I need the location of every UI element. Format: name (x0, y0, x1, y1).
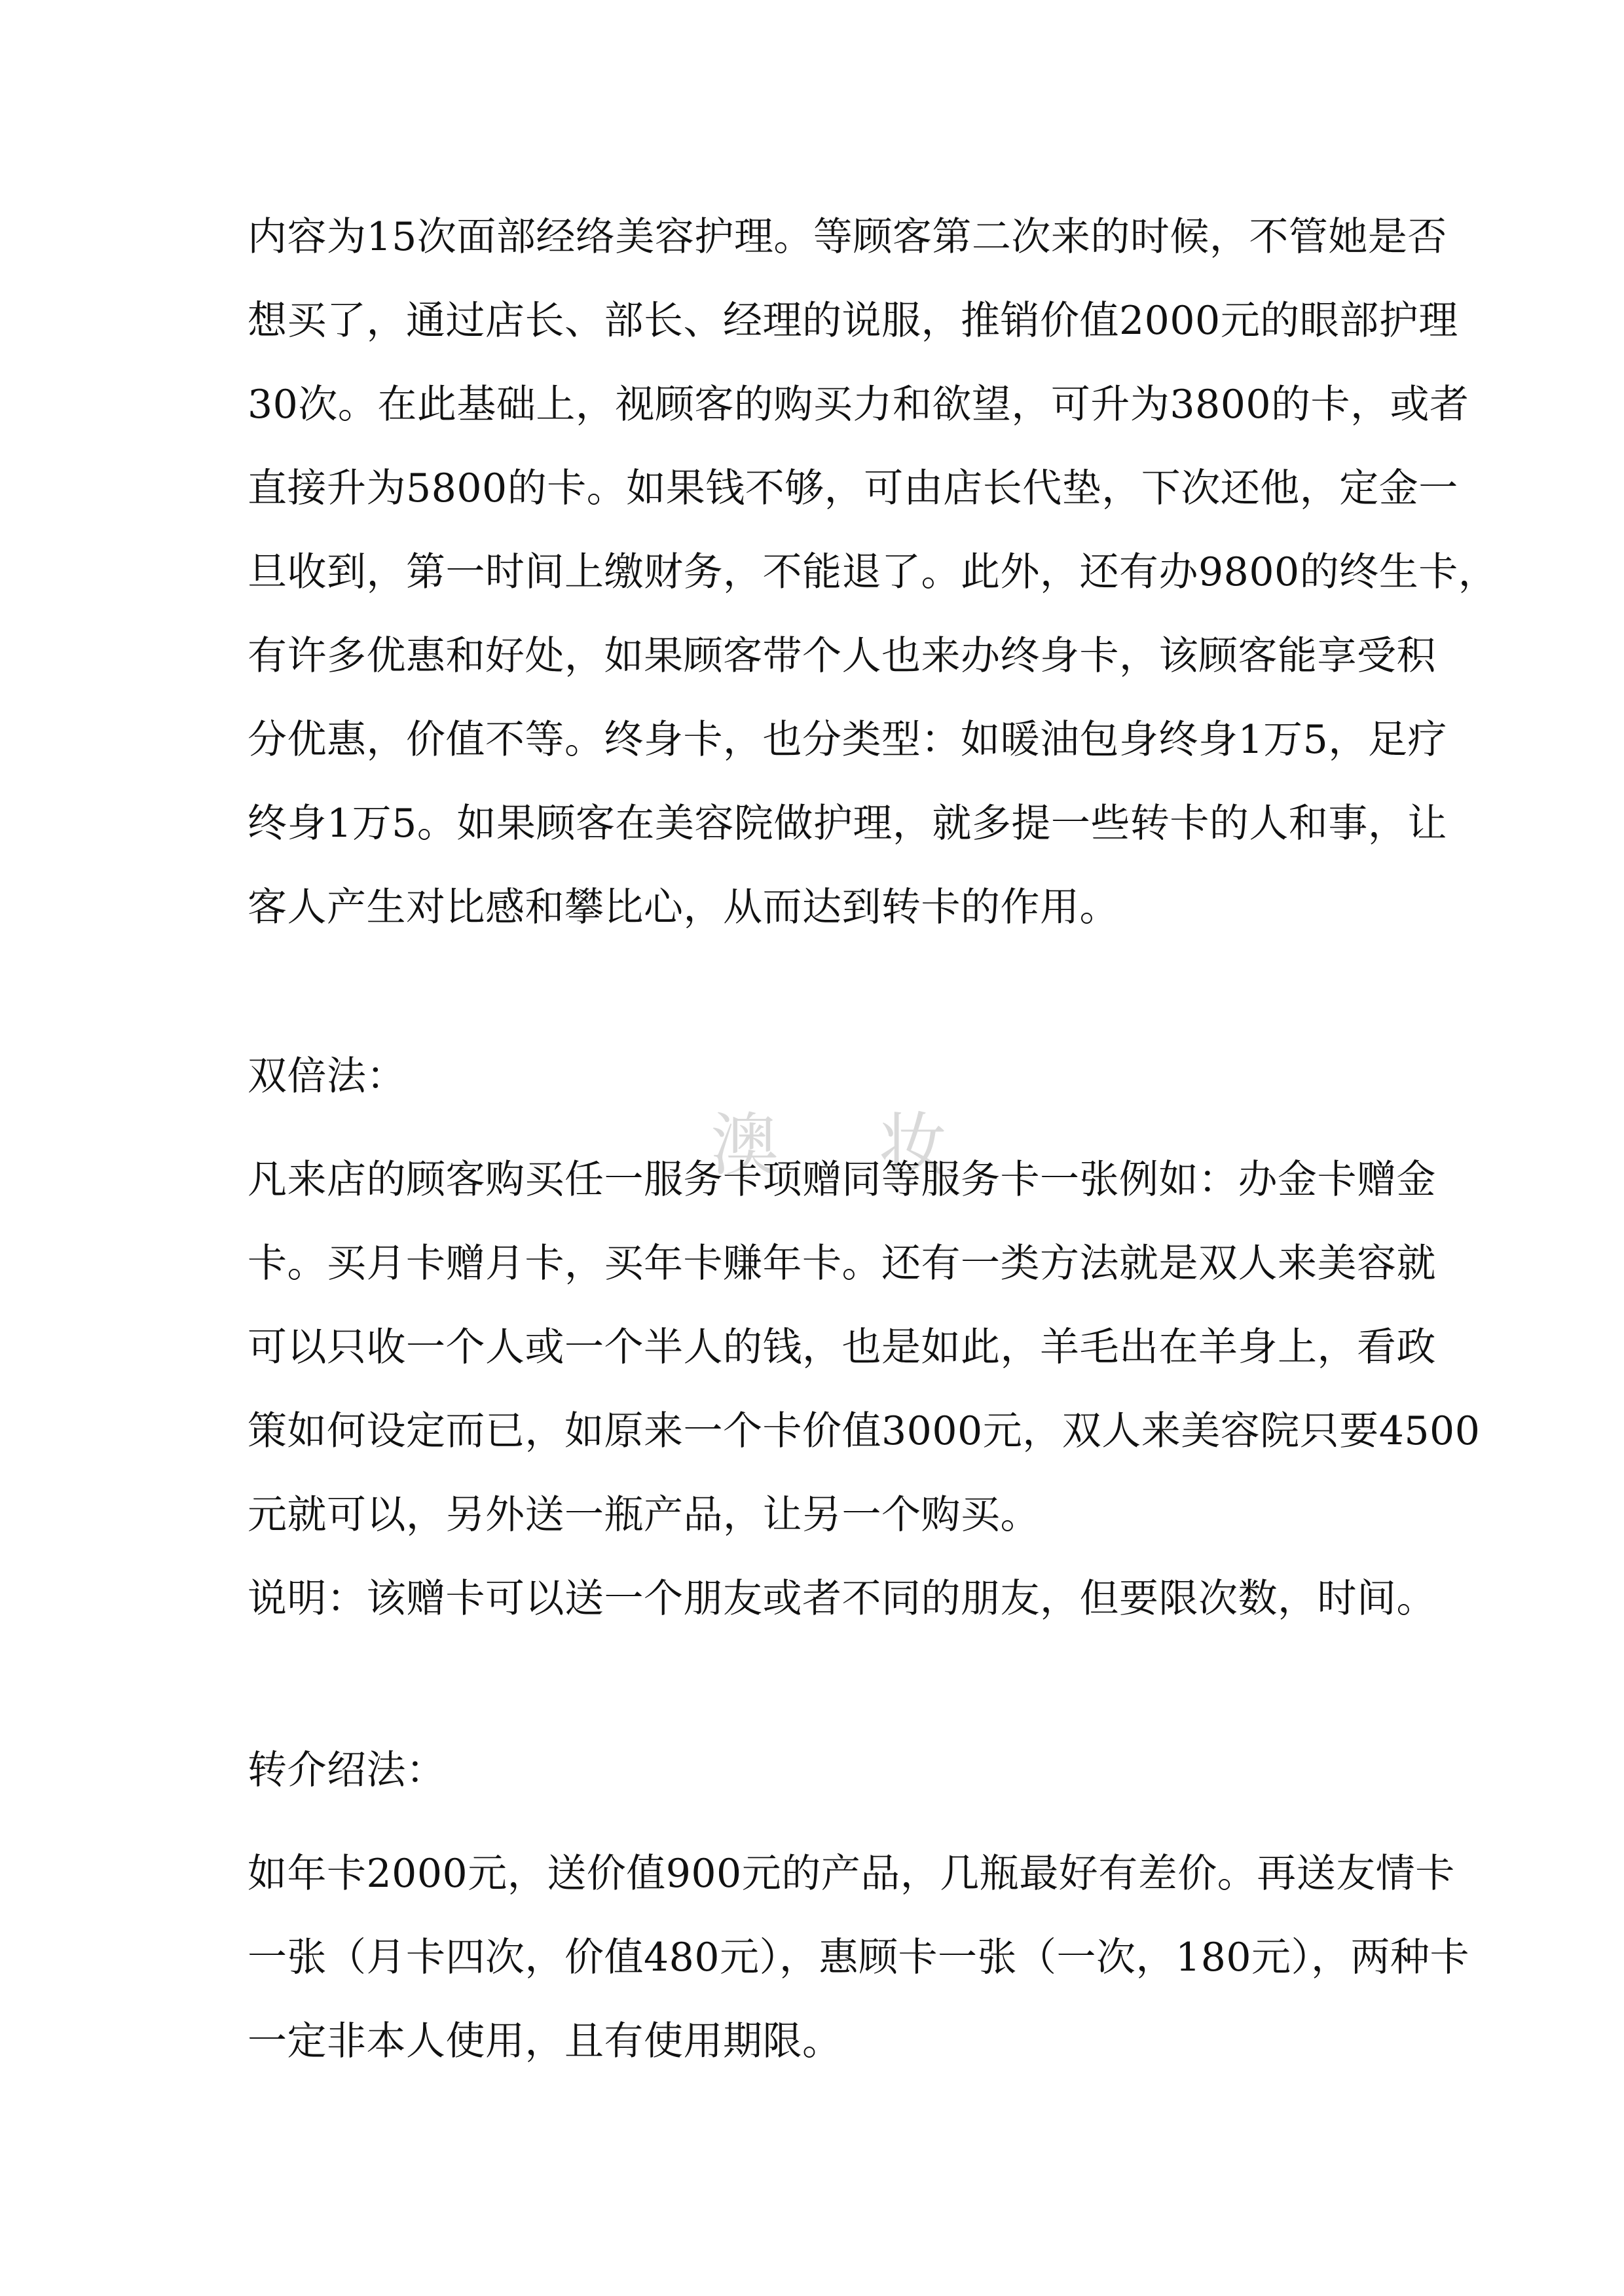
text-line: 一定非本人使用，且有使用期限。 (248, 2015, 1400, 2068)
text-line: 如年卡2000元，送价值900元的产品，几瓶最好有差价。再送友情卡 (248, 1848, 1400, 1900)
section-heading: 转介绍法： (248, 1744, 1400, 1796)
text-line: 终身1万5。如果顾客在美容院做护理，就多提一些转卡的人和事，让 (248, 797, 1400, 850)
text-line: 内容为15次面部经络美容护理。等顾客第二次来的时候，不管她是否 (248, 211, 1400, 263)
text-line: 客人产生对比感和攀比心，从而达到转卡的作用。 (248, 881, 1400, 934)
text-line: 30次。在此基础上，视顾客的购买力和欲望，可升为3800的卡，或者 (248, 378, 1400, 431)
text-line: 想买了，通过店长、部长、经理的说服，推销价值2000元的眼部护理 (248, 295, 1400, 347)
text-line: 策如何设定而已，如原来一个卡价值3000元，双人来美容院只要4500 (248, 1405, 1400, 1457)
text-line: 分优惠，价值不等。终身卡，也分类型：如暖油包身终身1万5，足疗 (248, 714, 1400, 766)
section-heading: 双倍法： (248, 1050, 1400, 1102)
text-line: 元就可以，另外送一瓶产品，让另一个购买。 (248, 1489, 1400, 1541)
text-line: 一张（月卡四次，价值480元），惠顾卡一张（一次，180元），两种卡 (248, 1931, 1400, 1984)
note-line: 说明：该赠卡可以送一个朋友或者不同的朋友，但要限次数，时间。 (248, 1573, 1400, 1625)
text-line: 旦收到，第一时间上缴财务，不能退了。此外，还有办9800的终生卡， (248, 546, 1400, 598)
text-line: 有许多优惠和好处，如果顾客带个人也来办终身卡，该顾客能享受积 (248, 630, 1400, 682)
text-line: 直接升为5800的卡。如果钱不够，可由店长代垫，下次还他，定金一 (248, 462, 1400, 515)
text-line: 可以只收一个人或一个半人的钱，也是如此，羊毛出在羊身上，看政 (248, 1321, 1400, 1374)
document-page: 澳 妆 内容为15次面部经络美容护理。等顾客第二次来的时候，不管她是否 想买了，… (0, 0, 1624, 2296)
text-line: 凡来店的顾客购买任一服务卡项赠同等服务卡一张例如：办金卡赠金 (248, 1154, 1400, 1206)
text-line: 卡。买月卡赠月卡，买年卡赚年卡。还有一类方法就是双人来美容就 (248, 1237, 1400, 1290)
